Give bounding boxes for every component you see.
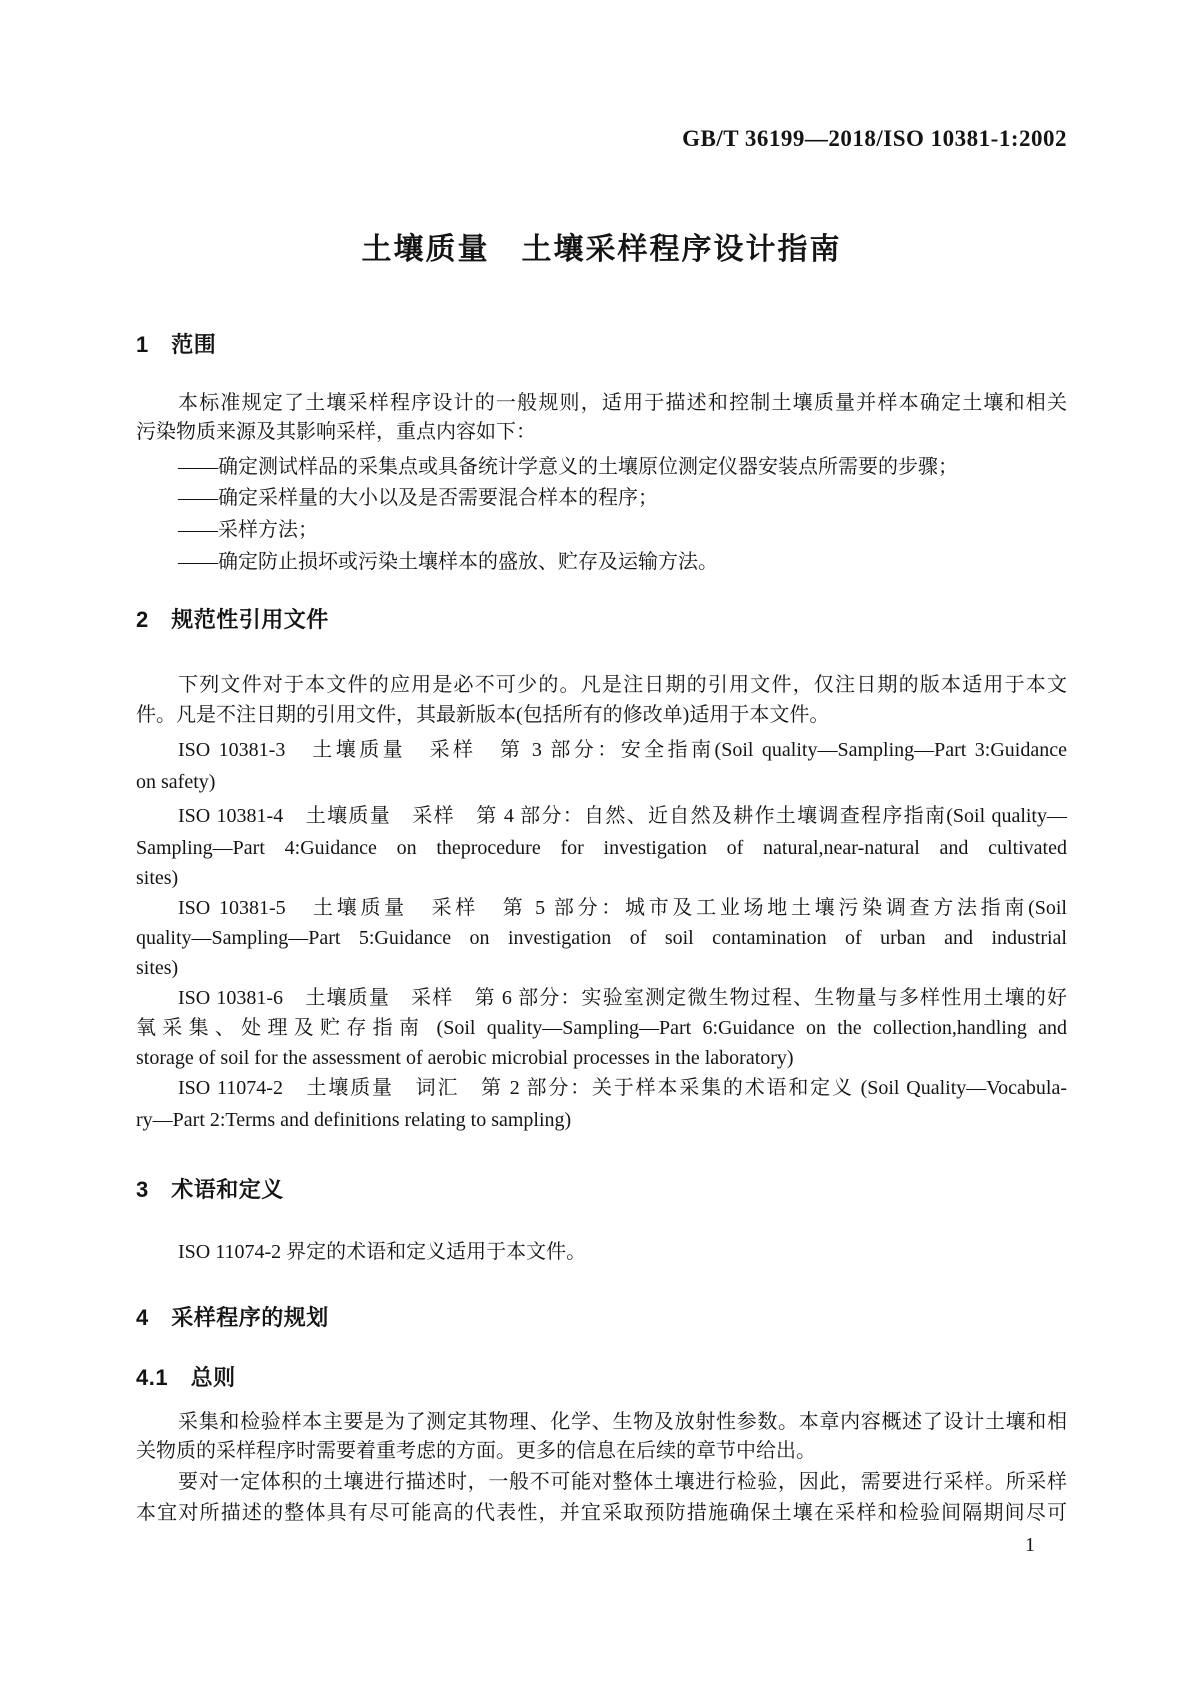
page-number: 1	[1025, 1530, 1035, 1560]
reference-line: ry—Part 2:Terms and definitions relating…	[136, 1105, 1067, 1135]
body-line: ISO 11074-2 界定的术语和定义适用于本文件。	[136, 1237, 1067, 1267]
reference-line: ISO 10381-3 土壤质量 采样 第 3 部分：安全指南(Soil qua…	[136, 735, 1067, 765]
body-line: 采集和检验样本主要是为了测定其物理、化学、生物及放射性参数。本章内容概述了设计土…	[136, 1407, 1067, 1437]
reference-line: ISO 10381-6 土壤质量 采样 第 6 部分：实验室测定微生物过程、生物…	[136, 983, 1067, 1013]
list-item-line: ——确定采样量的大小以及是否需要混合样本的程序；	[136, 483, 1067, 513]
subsection-heading-4-1: 4.1 总则	[136, 1363, 1067, 1393]
reference-line: sites)	[136, 863, 1067, 893]
document-page: GB/T 36199—2018/ISO 10381-1:2002 土壤质量 土壤…	[0, 0, 1191, 1684]
body-line: 件。凡是不注日期的引用文件，其最新版本(包括所有的修改单)适用于本文件。	[136, 700, 1067, 730]
reference-line: sites)	[136, 953, 1067, 983]
document-title: 土壤质量 土壤采样程序设计指南	[136, 228, 1067, 272]
body-line: 下列文件对于本文件的应用是必不可少的。凡是注日期的引用文件，仅注日期的版本适用于…	[136, 670, 1067, 700]
reference-line: on safety)	[136, 767, 1067, 797]
reference-line: ISO 10381-5 土壤质量 采样 第 5 部分：城市及工业场地土壤污染调查…	[136, 893, 1067, 923]
section-heading-1: 1 范围	[136, 330, 1067, 360]
reference-line: 氧采集、处理及贮存指南 (Soil quality—Sampling—Part …	[136, 1013, 1067, 1043]
reference-line: Sampling—Part 4:Guidance on theprocedure…	[136, 833, 1067, 863]
body-line: 污染物质来源及其影响采样，重点内容如下：	[136, 417, 1067, 447]
list-item-line: ——确定防止损坏或污染土壤样本的盛放、贮存及运输方法。	[136, 547, 1067, 577]
body-line: 要对一定体积的土壤进行描述时，一般不可能对整体土壤进行检验，因此，需要进行采样。…	[136, 1467, 1067, 1497]
body-line: 本宜对所描述的整体具有尽可能高的代表性，并宜采取预防措施确保土壤在采样和检验间隔…	[136, 1498, 1067, 1528]
section-heading-3: 3 术语和定义	[136, 1175, 1067, 1205]
body-line: 关物质的采样程序时需要着重考虑的方面。更多的信息在后续的章节中给出。	[136, 1436, 1067, 1466]
section-heading-2: 2 规范性引用文件	[136, 605, 1067, 635]
body-line: 本标准规定了土壤采样程序设计的一般规则，适用于描述和控制土壤质量并样本确定土壤和…	[136, 388, 1067, 418]
reference-line: storage of soil for the assessment of ae…	[136, 1043, 1067, 1073]
list-item-line: ——采样方法；	[136, 515, 1067, 545]
list-item-line: ——确定测试样品的采集点或具备统计学意义的土壤原位测定仪器安装点所需要的步骤；	[136, 452, 1067, 482]
reference-line: ISO 10381-4 土壤质量 采样 第 4 部分：自然、近自然及耕作土壤调查…	[136, 801, 1067, 831]
section-heading-4: 4 采样程序的规划	[136, 1303, 1067, 1333]
reference-line: quality—Sampling—Part 5:Guidance on inve…	[136, 923, 1067, 953]
reference-line: ISO 11074-2 土壤质量 词汇 第 2 部分：关于样本采集的术语和定义 …	[136, 1073, 1067, 1103]
standard-code: GB/T 36199—2018/ISO 10381-1:2002	[136, 124, 1067, 154]
